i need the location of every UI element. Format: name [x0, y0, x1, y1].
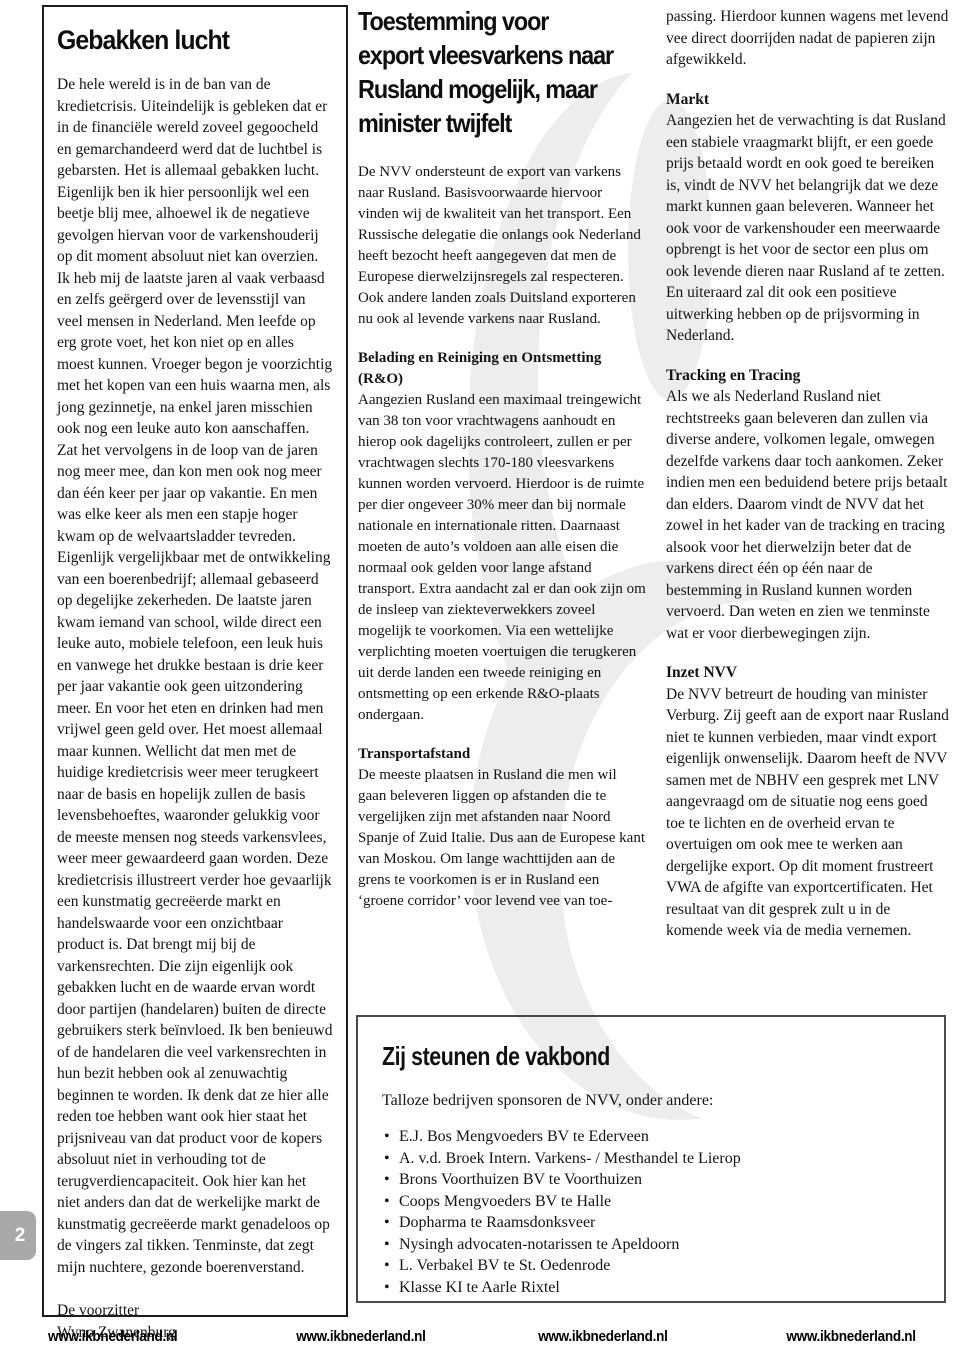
sponsor-list: E.J. Bos Mengvoeders BV te Ederveen A. v… [382, 1126, 924, 1298]
paragraph: Aangezien het de verwachting is dat Rusl… [666, 110, 950, 347]
list-item: L. Verbakel BV te St. Oedenrode [382, 1255, 924, 1277]
paragraph: De NVV betreurt de houding van minister … [666, 684, 950, 942]
footer-link: www.ikbnederland.nl [48, 1328, 177, 1345]
list-item: E.J. Bos Mengvoeders BV te Ederveen [382, 1126, 924, 1148]
footer-link: www.ikbnederland.nl [787, 1328, 916, 1345]
left-article-body: De hele wereld is in de ban van de kredi… [57, 74, 333, 1278]
main-article-column-1: Toestemming voor export vleesvarkens naa… [358, 4, 646, 912]
list-item: Dopharma te Raamsdonksveer [382, 1212, 924, 1234]
list-item: Nysingh advocaten-notarissen te Apeldoor… [382, 1234, 924, 1256]
paragraph: De meeste plaatsen in Rusland die men wi… [358, 765, 646, 912]
main-article-column-2: passing. Hierdoor kunnen wagens met leve… [666, 4, 950, 942]
sponsor-box-title: Zij steunen de vakbond [382, 1041, 826, 1072]
section-heading: Markt [666, 89, 950, 111]
paragraph: De NVV ondersteunt de export van varkens… [358, 162, 646, 330]
paragraph: Als we als Nederland Rusland niet rechts… [666, 386, 950, 644]
section-heading: Transportafstand [358, 744, 646, 765]
main-article-title: Toestemming voor export vleesvarkens naa… [358, 4, 617, 140]
newsletter-page: Gebakken lucht De hele wereld is in de b… [0, 0, 960, 1349]
section-heading: Belading en Reiniging en Ontsmetting (R&… [358, 348, 646, 390]
footer: www.ikbnederland.nl www.ikbnederland.nl … [0, 1328, 960, 1345]
paragraph: passing. Hierdoor kunnen wagens met leve… [666, 6, 950, 71]
list-item: Coops Mengvoeders BV te Halle [382, 1191, 924, 1213]
list-item: A. v.d. Broek Intern. Varkens- / Mesthan… [382, 1148, 924, 1170]
footer-link: www.ikbnederland.nl [297, 1328, 426, 1345]
left-article-title: Gebakken lucht [57, 25, 311, 56]
sponsor-intro: Talloze bedrijven sponsoren de NVV, onde… [382, 1090, 924, 1111]
footer-link: www.ikbnederland.nl [538, 1328, 667, 1345]
list-item: Brons Voorthuizen BV te Voorthuizen [382, 1169, 924, 1191]
left-article-box: Gebakken lucht De hele wereld is in de b… [42, 5, 348, 1317]
signature-role: De voorzitter [57, 1300, 333, 1322]
page-number: 2 [15, 1225, 26, 1247]
list-item: Klasse KI te Aarle Rixtel [382, 1277, 924, 1299]
section-heading: Tracking en Tracing [666, 365, 950, 387]
section-heading: Inzet NVV [666, 662, 950, 684]
paragraph: Aangezien Rusland een maximaal treingewi… [358, 390, 646, 726]
page-number-tab: 2 [0, 1211, 36, 1260]
sponsor-box: Zij steunen de vakbond Talloze bedrijven… [356, 1015, 946, 1303]
